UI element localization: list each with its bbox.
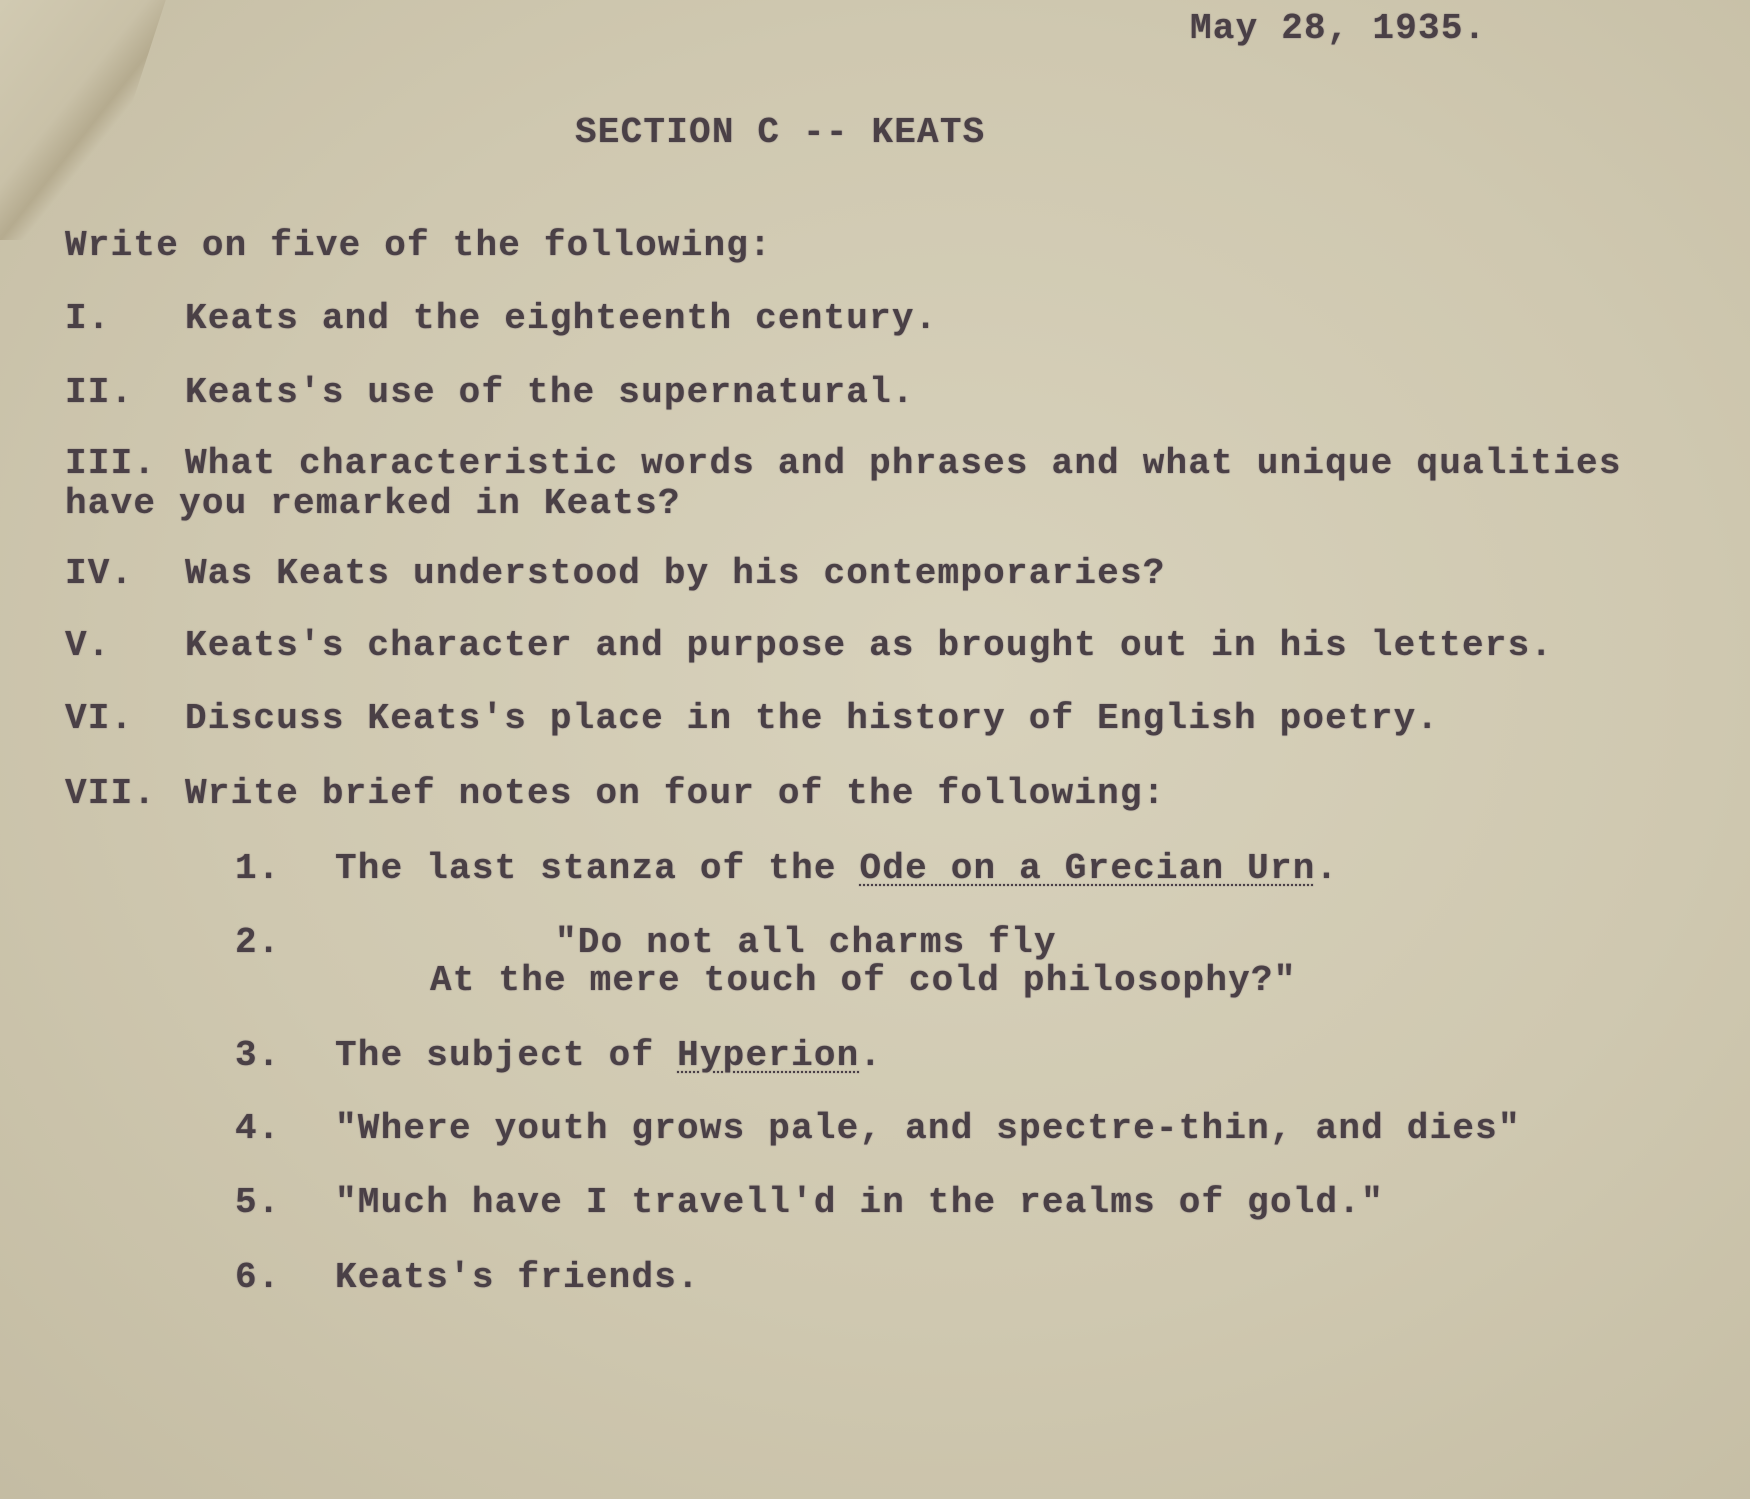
instruction: Write on five of the following: (65, 225, 772, 266)
date: May 28, 1935. (1190, 8, 1486, 49)
subitem-number: 4. (235, 1108, 281, 1149)
question-text: Keats's use of the supernatural. (185, 372, 915, 413)
subitem-number: 2. (235, 922, 281, 963)
subitem-text: The last stanza of the Ode on a Grecian … (335, 848, 1338, 889)
question-number: VII. (65, 773, 156, 814)
question-number: III. (65, 443, 156, 484)
question-number: IV. (65, 553, 133, 594)
question-text: Keats's character and purpose as brought… (185, 625, 1553, 666)
question-text: Was Keats understood by his contemporari… (185, 553, 1166, 594)
work-title: Hyperion (677, 1035, 859, 1076)
subitem-text: "Where youth grows pale, and spectre-thi… (335, 1108, 1521, 1149)
subitem-text: The subject of Hyperion. (335, 1035, 882, 1076)
subitem-quote-line1: "Do not all charms fly (555, 922, 1057, 963)
paper-fold-shadow (0, 0, 172, 240)
subitem-number: 6. (235, 1257, 281, 1298)
subitem-number: 1. (235, 848, 281, 889)
subitem-quote-line2: At the mere touch of cold philosophy?" (430, 960, 1297, 1001)
subitem-text: "Much have I travell'd in the realms of … (335, 1182, 1384, 1223)
question-text: Write brief notes on four of the followi… (185, 773, 1166, 814)
section-title: SECTION C -- KEATS (575, 112, 985, 153)
question-number: II. (65, 372, 133, 413)
question-text: Keats and the eighteenth century. (185, 298, 938, 339)
work-title: Ode on a Grecian Urn (859, 848, 1315, 889)
question-number: I. (65, 298, 111, 339)
subitem-text: Keats's friends. (335, 1257, 700, 1298)
question-text: What characteristic words and phrases an… (185, 443, 1622, 484)
question-number: V. (65, 625, 111, 666)
subitem-number: 3. (235, 1035, 281, 1076)
question-text: Discuss Keats's place in the history of … (185, 698, 1439, 739)
question-text-continued: have you remarked in Keats? (65, 483, 681, 524)
question-number: VI. (65, 698, 133, 739)
subitem-number: 5. (235, 1182, 281, 1223)
